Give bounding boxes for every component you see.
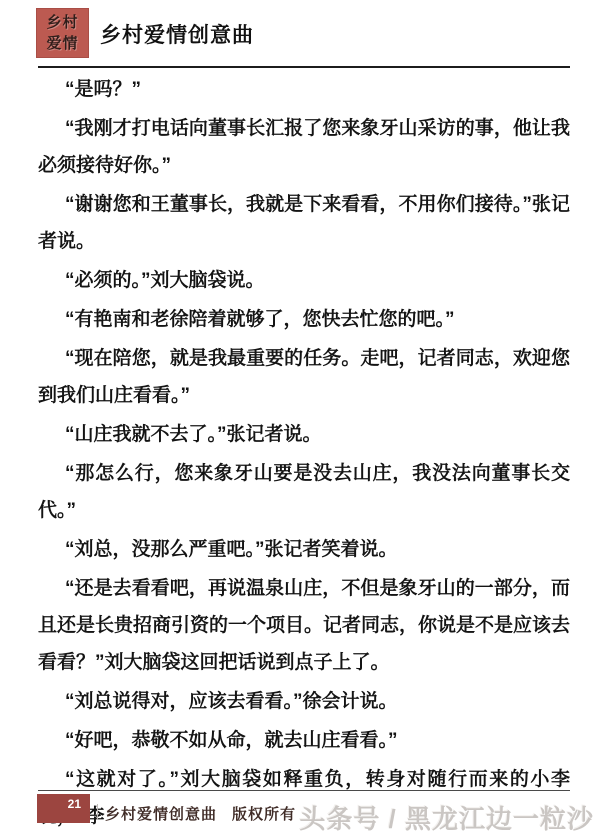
paragraph: “现在陪您，就是我最重要的任务。走吧，记者同志，欢迎您到我们山庄看看。”	[38, 340, 570, 414]
logo-line1: 乡村	[46, 12, 78, 33]
page-number: 21	[68, 797, 81, 811]
footer-separator	[97, 804, 98, 820]
watermark: 头条号 / 黑龙江边一粒沙	[299, 799, 594, 835]
paragraph: “还是去看看吧，再说温泉山庄，不但是象牙山的一部分，而且还是长贵招商引资的一个项…	[38, 570, 570, 681]
paragraph: “我刚才打电话向董事长汇报了您来象牙山采访的事，他让我必须接待好你。”	[38, 110, 570, 184]
paragraph: “好吧，恭敬不如从命，就去山庄看看。”	[38, 722, 570, 759]
header-divider	[38, 66, 570, 68]
paragraph: “山庄我就不去了。”张记者说。	[38, 416, 570, 453]
page-title: 乡村爱情创意曲	[100, 19, 254, 49]
paragraph: “是吗？”	[38, 71, 570, 108]
book-page: 乡村 爱情 乡村爱情创意曲 “是吗？” “我刚才打电话向董事长汇报了您来象牙山采…	[0, 0, 600, 835]
paragraph: “刘总，没那么严重吧。”张记者笑着说。	[38, 531, 570, 568]
paragraph: “必须的。”刘大脑袋说。	[38, 262, 570, 299]
paragraph: “刘总说得对，应该去看看。”徐会计说。	[38, 683, 570, 720]
paragraph: “那怎么行，您来象牙山要是没去山庄，我没法向董事长交代。”	[38, 455, 570, 529]
paragraph: “有艳南和老徐陪着就够了，您快去忙您的吧。”	[38, 301, 570, 338]
story-text: “是吗？” “我刚才打电话向董事长汇报了您来象牙山采访的事，他让我必须接待好你。…	[38, 71, 570, 835]
page-number-badge: 21	[37, 794, 90, 823]
footer-copyright: 版权所有	[232, 803, 296, 824]
footer-meta: 乡村爱情创意曲 版权所有	[105, 803, 296, 824]
logo-line2: 爱情	[46, 33, 78, 54]
footer-divider	[38, 790, 570, 791]
paragraph: “谢谢您和王董事长，我就是下来看看，不用你们接待。”张记者说。	[38, 186, 570, 260]
footer-book-title: 乡村爱情创意曲	[105, 803, 217, 824]
series-logo: 乡村 爱情	[36, 8, 89, 58]
